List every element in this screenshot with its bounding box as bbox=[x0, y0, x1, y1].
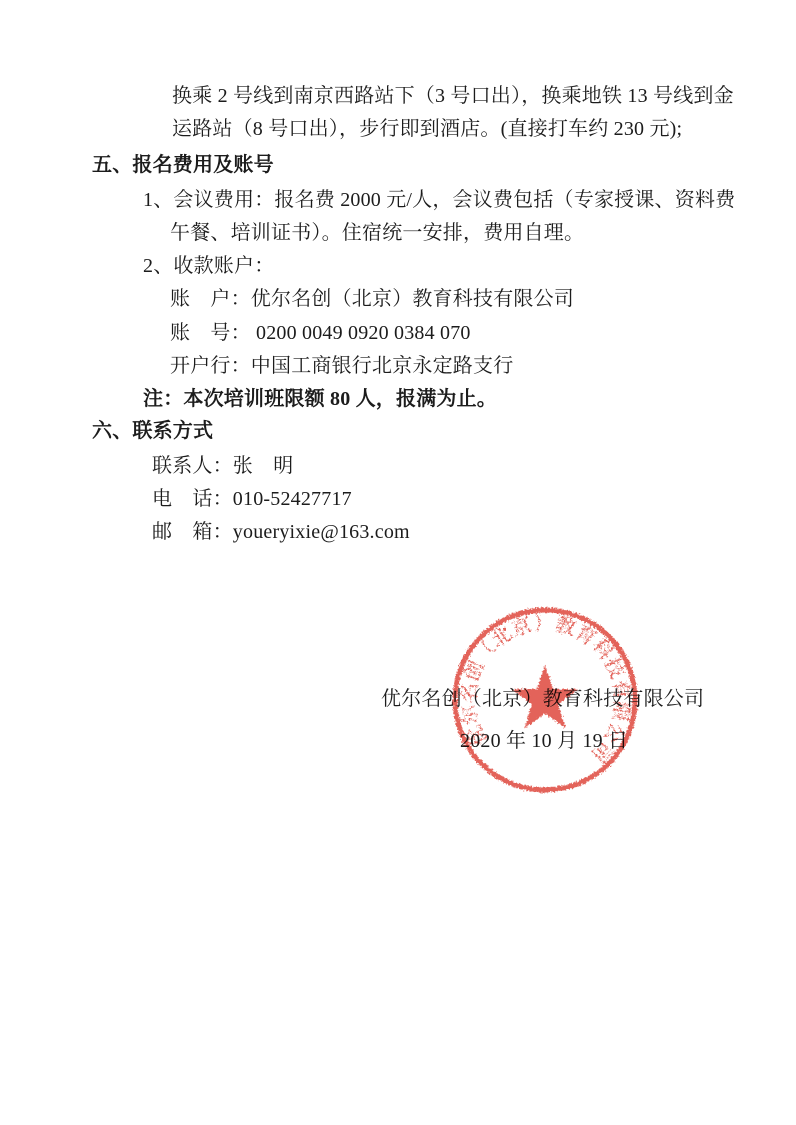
account-name: 账 户：优尔名创（北京）教育科技有限公司 bbox=[170, 288, 574, 310]
contact-phone: 电 话：010-52427717 bbox=[152, 488, 352, 510]
contact-person: 联系人：张 明 bbox=[152, 455, 293, 477]
section-5-heading: 五、报名费用及账号 bbox=[92, 154, 274, 176]
section-6-heading: 六、联系方式 bbox=[92, 420, 213, 442]
company-seal-stamp: 优尔名创（北京）教育科技有限公司 bbox=[445, 600, 645, 800]
account-number: 账 号： 0200 0049 0920 0384 070 bbox=[170, 322, 471, 344]
star-icon bbox=[512, 665, 579, 728]
bank-branch: 开户行：中国工商银行北京永定路支行 bbox=[170, 355, 513, 377]
contact-email: 邮 箱：youeryixie@163.com bbox=[152, 521, 410, 543]
enrollment-note: 注：本次培训班限额 80 人，报满为止。 bbox=[143, 388, 497, 410]
fees-item-2: 2、收款账户： bbox=[143, 255, 274, 277]
transit-paragraph-line-1: 换乘 2 号线到南京西路站下（3 号口出），换乘地铁 13 号线到金 bbox=[172, 85, 734, 107]
fees-item-1-line-2: 午餐、培训证书）。住宿统一安排，费用自理。 bbox=[170, 222, 584, 244]
transit-paragraph-line-2: 运路站（8 号口出），步行即到酒店。(直接打车约 230 元); bbox=[172, 118, 682, 140]
fees-item-1-line-1: 1、会议费用：报名费 2000 元/人，会议费包括（专家授课、资料费 bbox=[143, 189, 735, 211]
document-page: 换乘 2 号线到南京西路站下（3 号口出），换乘地铁 13 号线到金 运路站（8… bbox=[0, 0, 796, 1125]
